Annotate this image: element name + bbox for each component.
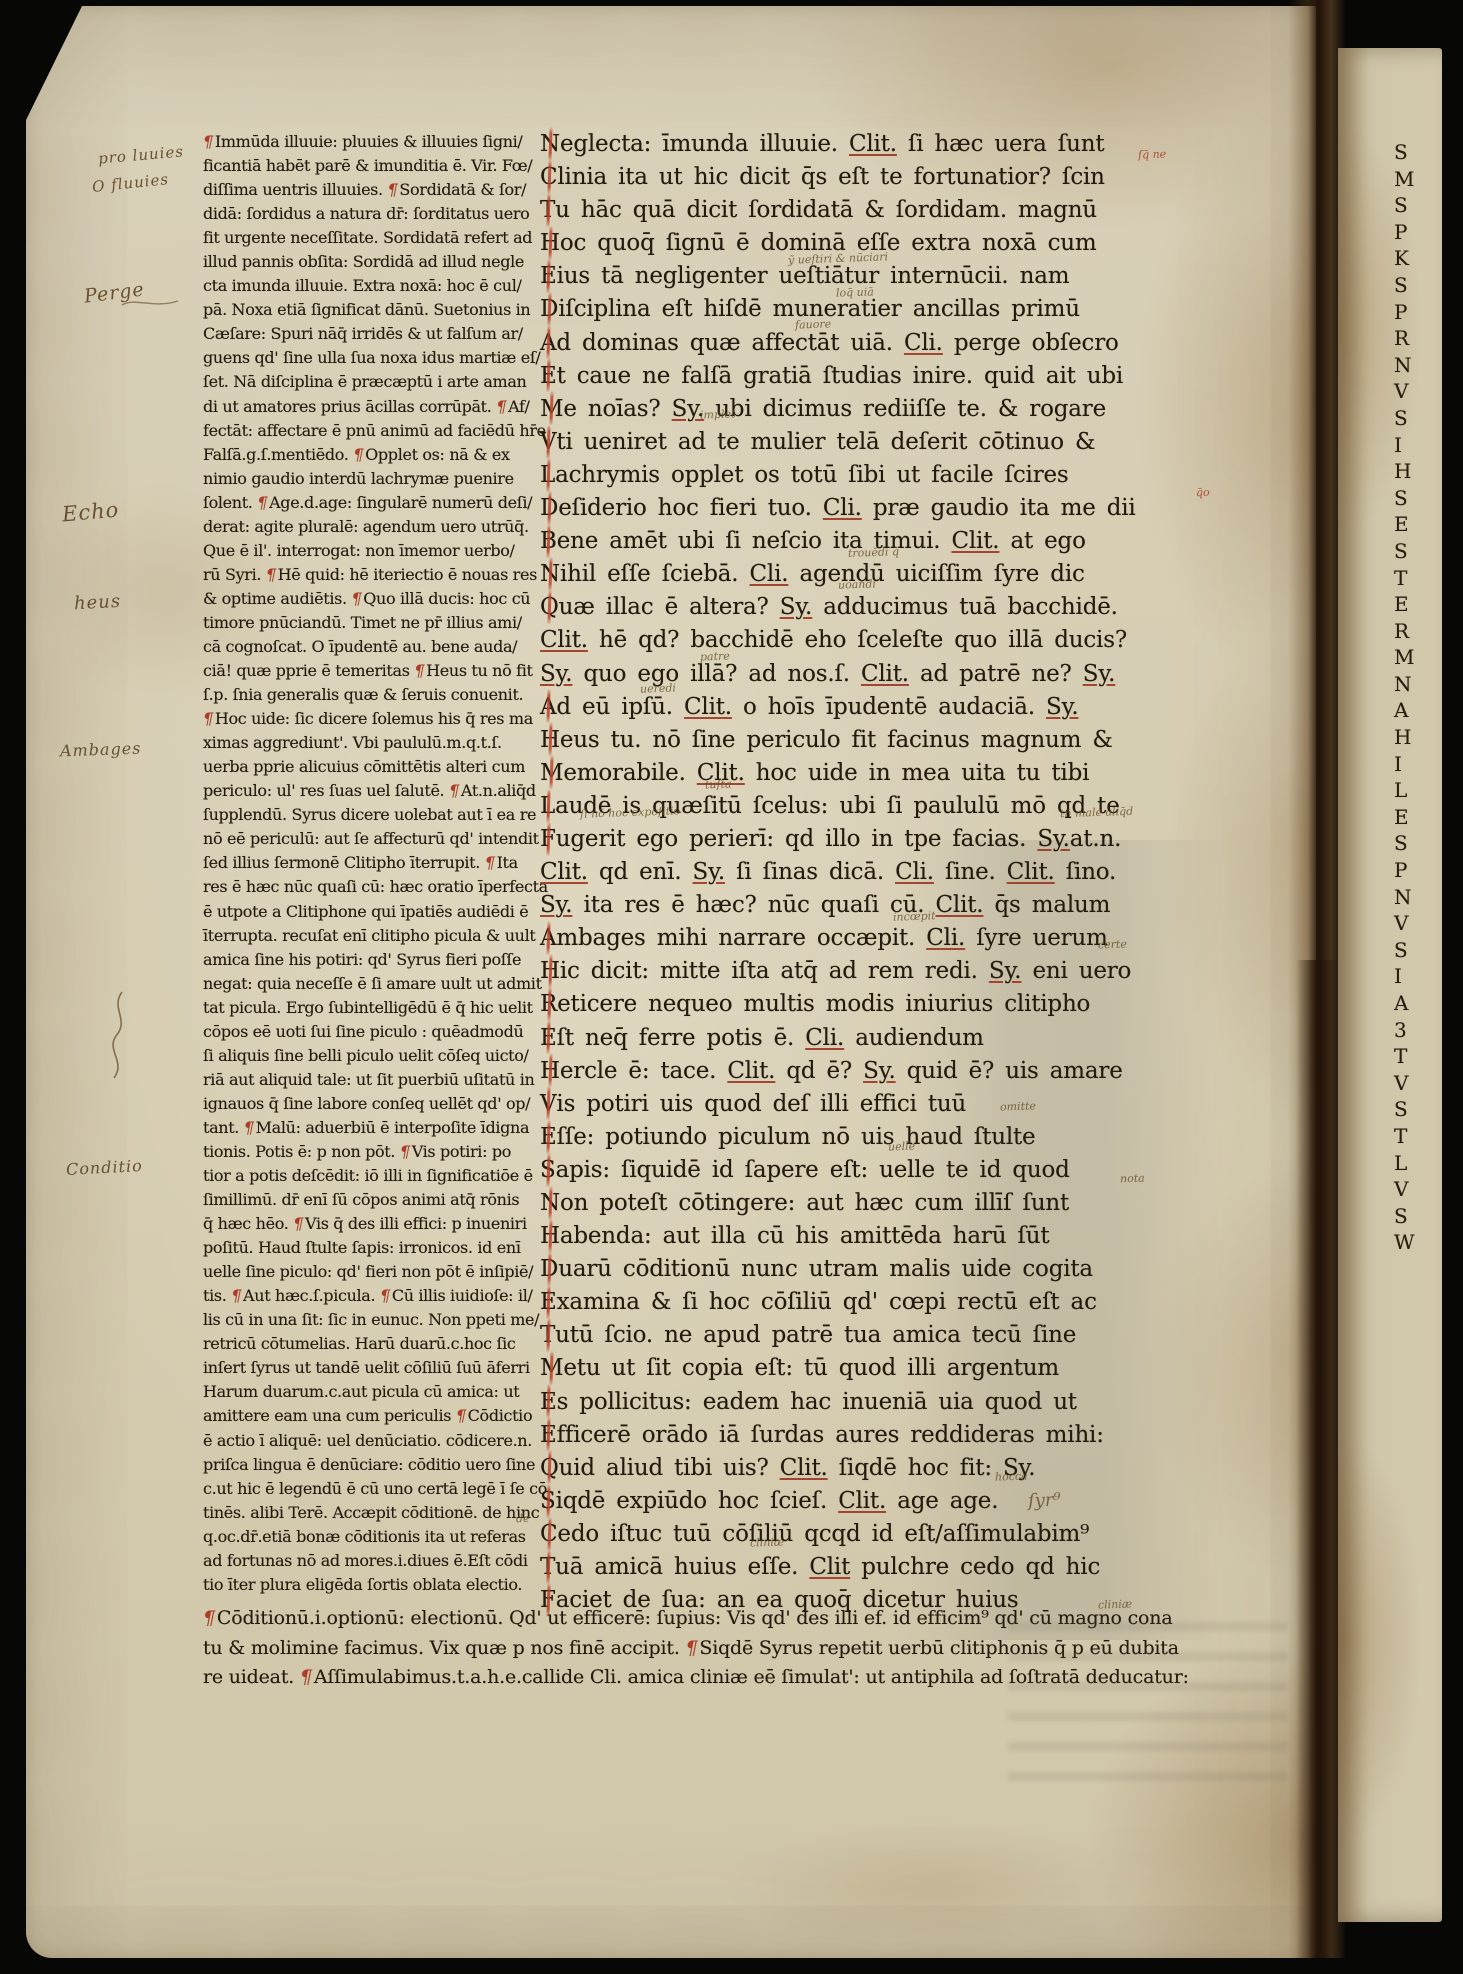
- facing-page-letter: P: [1394, 220, 1442, 247]
- interlinear-gloss: loq̄ uiā: [836, 285, 874, 299]
- speaker-abbrev: Clit.: [849, 131, 897, 157]
- facing-page-letter: S: [1394, 140, 1442, 167]
- text-line: riā aut aliquid tale: ut ſit puerbiū uſi…: [203, 1068, 543, 1092]
- text-line: res ē hæc nūc quaſi cū: hæc oratio īperf…: [203, 875, 543, 899]
- facing-page-letter: I: [1394, 752, 1442, 779]
- text-line: Sy. ita res ē hæc? nūc quaſi cū. Clit. q…: [540, 889, 1200, 922]
- interlinear-gloss: trouēdi q̄: [848, 545, 899, 560]
- margin-squiggle: [120, 295, 180, 311]
- rubricated-initial: V: [540, 426, 556, 459]
- red-paragraph-mark: ¶: [388, 180, 398, 199]
- red-paragraph-mark: ¶: [686, 1637, 698, 1659]
- text-line: Hic dicit: mitte iſta atq̄ ad rem redi. …: [540, 955, 1200, 988]
- facing-page-letter: W: [1394, 1230, 1442, 1257]
- text-line: ¶Immūda illuuie: pluuies & illuuies ſign…: [203, 130, 543, 154]
- interlinear-gloss: q̄o: [1196, 486, 1210, 499]
- speaker-abbrev: Cli.: [926, 925, 965, 951]
- text-line: Examina & ſi hoc cōſiliū qd' cœpi rectū …: [540, 1286, 1200, 1319]
- text-line: Siqdē expiūdo hoc ſcieſ. Clit. age age.: [540, 1485, 1200, 1518]
- rubricated-initial: Q: [540, 591, 559, 624]
- text-line: Clit. qd enī. Sy. ſi ſinas dicā. Cli. ſi…: [540, 856, 1200, 889]
- rubricated-initial: H: [540, 1055, 560, 1088]
- facing-page-letter: S: [1394, 831, 1442, 858]
- text-line: ſupplendū. Syrus dicere uolebat aut ī ea…: [203, 803, 543, 827]
- facing-page-letter: S: [1394, 406, 1442, 433]
- text-line: tis. ¶Aut hæc.ſ.picula. ¶Cū illis iuidio…: [203, 1284, 543, 1308]
- rubricated-initial: L: [540, 790, 555, 823]
- text-line: tio īter plura eligēda ſortis oblata ele…: [203, 1573, 543, 1597]
- text-line: Efficerē orādo iā ſurdas aures reddidera…: [540, 1419, 1200, 1452]
- text-line: Vti ueniret ad te mulier telā deſerit cō…: [540, 426, 1200, 459]
- rubricated-initial: M: [540, 1352, 563, 1385]
- red-paragraph-mark: ¶: [485, 853, 495, 872]
- speaker-abbrev: Sy.: [1037, 826, 1069, 852]
- interlinear-gloss: hocca: [995, 1469, 1028, 1483]
- red-paragraph-mark: ¶: [300, 1666, 312, 1688]
- facing-page-letter: A: [1394, 698, 1442, 725]
- facing-page-letter: H: [1394, 459, 1442, 486]
- interlinear-gloss: uoandi: [838, 577, 876, 591]
- rubricated-initial: F: [540, 823, 556, 856]
- rubricated-initial: R: [540, 988, 557, 1021]
- facing-page-letter: S: [1394, 1204, 1442, 1231]
- text-line: q̄ hæc hēo. ¶Vis q̄ des illi effici: p i…: [203, 1212, 543, 1236]
- handwritten-note: heus: [73, 591, 121, 614]
- text-line: Eſſe: potiundo piculum nō uis haud ſtult…: [540, 1121, 1200, 1154]
- text-line: nimio gaudio interdū lachrymæ puenire: [203, 467, 543, 491]
- handwritten-note: Conditio: [66, 1156, 144, 1179]
- text-line: fectāt: affectare ē pnū animū ad faciēdū…: [203, 419, 543, 443]
- red-paragraph-mark: ¶: [266, 565, 276, 584]
- text-line: ſet. Nā diſciplina ē præcæptū i arte ama…: [203, 370, 543, 394]
- facing-page-letter: L: [1394, 1151, 1442, 1178]
- facing-page-letter: V: [1394, 379, 1442, 406]
- facing-page-letter: T: [1394, 566, 1442, 593]
- red-paragraph-mark: ¶: [203, 709, 213, 728]
- rubricated-initial: H: [540, 724, 560, 757]
- rubricated-initial: A: [540, 922, 556, 955]
- interlinear-gloss: cliniæ: [750, 1535, 785, 1549]
- red-paragraph-mark: ¶: [257, 493, 267, 512]
- interlinear-gloss: nota: [1120, 1172, 1145, 1186]
- text-line: inſert ſyrus ut tandē uelit cōſiliū ſuū …: [203, 1356, 543, 1380]
- rubricated-initial: H: [540, 955, 560, 988]
- text-line: diſſima uentris illuuies. ¶Sordidatā & ſ…: [203, 178, 543, 202]
- text-line: Tu hāc quā dicit ſordidatā & ſordidam. m…: [540, 194, 1200, 227]
- text-line: didā: ſordidus a natura dr̄: ſorditatus …: [203, 202, 543, 226]
- interlinear-gloss: incœpit: [893, 909, 936, 923]
- text-line: tionis. Potis ē: p non pōt. ¶Vis potiri:…: [203, 1140, 543, 1164]
- rubricated-initial: E: [540, 1386, 557, 1419]
- text-line: timore pnūciandū. Timet ne pr̄ illius am…: [203, 611, 543, 635]
- rubricated-initial: A: [540, 327, 556, 360]
- text-line: illud pannis obſita: Sordidā ad illud ne…: [203, 250, 543, 274]
- speaker-abbrev: Sy.: [1083, 661, 1115, 687]
- red-paragraph-mark: ¶: [203, 1607, 215, 1629]
- text-line: Clinia ita ut hic dicit q̄s eſt te fortu…: [540, 161, 1200, 194]
- text-line: Sapis: ſiquidē id ſapere eſt: uelle te i…: [540, 1154, 1200, 1187]
- margin-squiggle: [104, 990, 134, 1080]
- red-paragraph-mark: ¶: [456, 1406, 466, 1425]
- text-line: ē utpote a Clitiphone qui īpatiēs audiēd…: [203, 900, 543, 924]
- speaker-abbrev: Clit.: [1007, 859, 1055, 885]
- text-line: rū Syri. ¶Hē quid: hē iteriectio ē nouas…: [203, 563, 543, 587]
- speaker-abbrev: Sy.: [989, 958, 1021, 984]
- text-line: periculo: ul' res ſuas uel ſalutē. ¶At.n…: [203, 779, 543, 803]
- handwritten-note: Ambages: [60, 739, 142, 761]
- text-line: cta imunda illuuie. Extra noxā: hoc ē cu…: [203, 274, 543, 298]
- interlinear-gloss: uelle: [888, 1140, 916, 1154]
- rubricated-initial: T: [540, 1551, 555, 1584]
- facing-page-letter: A: [1394, 991, 1442, 1018]
- text-line: Quid aliud tibi uis? Clit. ſiqdē hoc fit…: [540, 1452, 1200, 1485]
- facing-page-letter: I: [1394, 964, 1442, 991]
- red-paragraph-mark: ¶: [353, 445, 363, 464]
- rubricated-initial: H: [540, 227, 560, 260]
- text-line: fit urgente neceſſitate. Sordidatā refer…: [203, 226, 543, 250]
- speaker-abbrev: Sy.: [1046, 694, 1078, 720]
- speaker-abbrev: Cli.: [904, 330, 943, 356]
- text-line: īterrupta. recuſat enī clitipho picula &…: [203, 924, 543, 948]
- speaker-abbrev: Cli.: [823, 495, 862, 521]
- text-line: pā. Noxa etiā ſignificat dānū. Suetonius…: [203, 298, 543, 322]
- facing-page-letter: E: [1394, 805, 1442, 832]
- red-paragraph-mark: ¶: [293, 1214, 303, 1233]
- rubricated-initial: T: [540, 194, 555, 227]
- facing-page-letter: P: [1394, 858, 1442, 885]
- handwritten-note: Echo: [61, 498, 120, 527]
- rubricated-initial: E: [540, 1286, 557, 1319]
- text-line: Que ē il'. interrogat: non īmemor uerbo/: [203, 539, 543, 563]
- rubricated-initial: Q: [540, 1452, 559, 1485]
- rubricated-initial: N: [540, 558, 560, 591]
- text-line: amica ſine his potiri: qd' Syrus fieri p…: [203, 948, 543, 972]
- interlinear-gloss: implet: [700, 407, 736, 421]
- text-line: nō eē periculū: aut ſe affecturū qd' int…: [203, 827, 543, 851]
- text-line: Reticere nequeo multis modis iniurius cl…: [540, 988, 1200, 1021]
- rubricated-initial: M: [540, 393, 563, 426]
- text-line: Heus tu. nō ſine periculo fit facinus ma…: [540, 724, 1200, 757]
- rubricated-initial: N: [540, 1187, 560, 1220]
- text-line: ſ.p. ſnia generalis quæ & ſeruis conueni…: [203, 683, 543, 707]
- red-paragraph-mark: ¶: [380, 1286, 390, 1305]
- rubricated-initial: D: [540, 1253, 558, 1286]
- rubricated-initial: V: [540, 1088, 556, 1121]
- gutter-crease: [1296, 960, 1340, 1958]
- text-line: Cæſare: Spuri nāq̄ irridēs & ut falſum a…: [203, 322, 543, 346]
- text-line: ſi aliquis ſine belli piculo uelit cōſeq…: [203, 1044, 543, 1068]
- speaker-abbrev: Clit.: [951, 528, 999, 554]
- facing-page-letter: N: [1394, 885, 1442, 912]
- text-line: ciā! quæ pprie ē temeritas ¶Heus tu nō f…: [203, 659, 543, 683]
- speaker-abbrev: Cli.: [805, 1025, 844, 1051]
- interlinear-gloss: tuſta: [705, 778, 732, 792]
- facing-page-letter: P: [1394, 300, 1442, 327]
- text-line: ¶Hoc uide: ſic dicere ſolemus his q̄ res…: [203, 707, 543, 731]
- text-line: Quæ illac ē altera? Sy. adducimus tuā ba…: [540, 591, 1200, 624]
- red-paragraph-mark: ¶: [400, 1142, 410, 1161]
- facing-page-letter: S: [1394, 1097, 1442, 1124]
- text-line: ad fortunas nō ad mores.i.diues ē.Eſt cō…: [203, 1549, 543, 1573]
- speaker-abbrev: Sy.: [540, 892, 572, 918]
- facing-page-letter: V: [1394, 1177, 1442, 1204]
- interlinear-gloss: de: [516, 1512, 530, 1525]
- text-line: priſca lingua ē denūciare: cōditio uero …: [203, 1453, 543, 1477]
- text-line: Fugerit ego perierī: qd illo in tpe faci…: [540, 823, 1200, 856]
- red-paragraph-mark: ¶: [496, 397, 506, 416]
- text-line: ignauos q̄ ſine labore conſeq uellēt qd'…: [203, 1092, 543, 1116]
- text-line: cōpos eē uoti ſui ſine piculo : quēadmod…: [203, 1020, 543, 1044]
- text-line: Neglecta: īmunda illuuie. Clit. ſi hæc u…: [540, 128, 1200, 161]
- facing-page-letter: M: [1394, 167, 1442, 194]
- rubricated-initial: C: [540, 1518, 557, 1551]
- interlinear-gloss: certe: [1098, 938, 1127, 952]
- facing-page-letter: E: [1394, 512, 1442, 539]
- rubricated-initial: E: [540, 360, 557, 393]
- text-line: Harum duarum.c.aut picula cū amica: ut: [203, 1380, 543, 1404]
- text-line: guens qd' ſine ulla ſua noxa idus martiæ…: [203, 346, 543, 370]
- rubricated-initial: S: [540, 1485, 556, 1518]
- text-line: & optime audiētis. ¶Quo illā ducis: hoc …: [203, 587, 543, 611]
- text-line: ximas aggrediunt'. Vbi paululū.m.q.t.ſ.: [203, 731, 543, 755]
- facing-page-letter: S: [1394, 938, 1442, 965]
- speaker-abbrev: Clit.: [780, 1455, 828, 1481]
- facing-page-letter: T: [1394, 1044, 1442, 1071]
- text-line: Lachrymis opplet os totū ſibi ut facile …: [540, 459, 1200, 492]
- text-line: Falſā.g.ſ.mentiēdo. ¶Opplet os: nā & ex: [203, 443, 543, 467]
- text-line: ſed illius ſermonē Clitipho īterrupit. ¶…: [203, 851, 543, 875]
- left-commentary-column: ¶Immūda illuuie: pluuies & illuuies ſign…: [203, 130, 543, 1597]
- rubricated-initial: E: [540, 260, 557, 293]
- speaker-abbrev: Sy.: [780, 594, 812, 620]
- text-line: retricū cōtumelias. Harū duarū.c.hoc ſic: [203, 1332, 543, 1356]
- interlinear-gloss: ſyr⁹: [1028, 1489, 1061, 1511]
- red-paragraph-mark: ¶: [351, 589, 361, 608]
- text-line: Duarū cōditionū nunc utram malis uide co…: [540, 1253, 1200, 1286]
- facing-page-letter: I: [1394, 433, 1442, 460]
- text-line: tior a potis deſcēdit: iō illi in ſignif…: [203, 1164, 543, 1188]
- text-line: ſimillimū. dr̄ enī ſū cōpos animi atq̄ r…: [203, 1188, 543, 1212]
- rubricated-initial: E: [540, 1121, 557, 1154]
- speaker-abbrev: Clit.: [684, 694, 732, 720]
- text-line: di ut amatores prius ācillas corrūpāt. ¶…: [203, 395, 543, 419]
- text-line: tant. ¶Malū: aduerbiū ē interpoſite īdig…: [203, 1116, 543, 1140]
- text-line: Clit. hē qd? bacchidē eho ſceleſte quo i…: [540, 624, 1200, 657]
- rubricated-initial: E: [540, 1022, 557, 1055]
- rubricated-initial: E: [540, 1419, 557, 1452]
- rubricated-initial: L: [540, 459, 555, 492]
- interlinear-gloss: tn̄ male aliq̄d: [1060, 805, 1134, 821]
- text-line: Eſt neq̄ ferre potis ē. Cli. audiendum: [540, 1022, 1200, 1055]
- facing-page-letter: E: [1394, 592, 1442, 619]
- text-line: ē actio ī aliquē: uel denūciatio. cōdice…: [203, 1429, 543, 1453]
- rubricated-initial: M: [540, 757, 563, 790]
- facing-page-letter: V: [1394, 1071, 1442, 1098]
- facing-page-letter: S: [1394, 193, 1442, 220]
- facing-page-text-edge: SMSPKSPRNVSIHSESTERMNAHILESPNVSIA3TVSTLV…: [1394, 140, 1442, 1257]
- facing-page-letter: M: [1394, 645, 1442, 672]
- facing-page-letter: H: [1394, 725, 1442, 752]
- speaker-abbrev: Clit.: [838, 1488, 886, 1514]
- facing-page-letter: R: [1394, 326, 1442, 353]
- text-line: poſitū. Haud ſtulte ſapis: irronicos. id…: [203, 1236, 543, 1260]
- rubricated-initial: A: [540, 691, 556, 724]
- speaker-abbrev: Clit.: [936, 892, 984, 918]
- text-line: Habenda: aut illa cū his amittēda harū ſ…: [540, 1220, 1200, 1253]
- text-line: Me noīas? Sy. ubi dicimus rediiſſe te. &…: [540, 393, 1200, 426]
- text-line: derat: agite pluralē: agendum uero utrūq…: [203, 515, 543, 539]
- interlinear-gloss: cliniæ: [1098, 1597, 1133, 1611]
- text-line: Metu ut ſit copia eſt: tū quod illi arge…: [540, 1352, 1200, 1385]
- facing-page-letter: N: [1394, 353, 1442, 380]
- red-paragraph-mark: ¶: [244, 1118, 254, 1137]
- text-line: cā cognoſcat. O īpudentē au. bene auda/: [203, 635, 543, 659]
- speaker-abbrev: Clit: [809, 1554, 850, 1580]
- interlinear-gloss: omitte: [1000, 1099, 1036, 1113]
- speaker-abbrev: Cli.: [895, 859, 934, 885]
- rubricated-initial: D: [540, 293, 558, 326]
- rubricated-initial: S: [540, 1154, 556, 1187]
- text-line: c.ut hic ē legendū ē cū uno certā legē ī…: [203, 1477, 543, 1501]
- speaker-abbrev: Clit.: [540, 859, 588, 885]
- verse-column: Neglecta: īmunda illuuie. Clit. ſi hæc u…: [540, 128, 1200, 1617]
- text-line: Memorabile. Clit. hoc uide in mea uita t…: [540, 757, 1200, 790]
- text-line: Hercle ē: tace. Clit. qd ē? Sy. quid ē? …: [540, 1055, 1200, 1088]
- text-line: ficantiā habēt parē & imunditia ē. Vir. …: [203, 154, 543, 178]
- text-line: lis cū in una ſit: ſic in eunuc. Non ppe…: [203, 1308, 543, 1332]
- text-line: Et caue ne falſā gratiā ſtudias inire. q…: [540, 360, 1200, 393]
- speaker-abbrev: Sy.: [540, 661, 572, 687]
- red-paragraph-mark: ¶: [414, 661, 424, 680]
- stain-overlay: [720, 1820, 1140, 1950]
- text-line: Non poteſt cōtingere: aut hæc cum illīſ …: [540, 1187, 1200, 1220]
- facing-page-letter: 3: [1394, 1018, 1442, 1045]
- facing-page-letter: T: [1394, 1124, 1442, 1151]
- text-line: Ad dominas quæ affectāt uiā. Cli. perge …: [540, 327, 1200, 360]
- red-paragraph-mark: ¶: [231, 1286, 241, 1305]
- interlinear-gloss: patre: [700, 649, 730, 663]
- rubricated-initial: D: [540, 492, 558, 525]
- text-line: tat picula. Ergo ſubintelligēdū ē q̄ hic…: [203, 996, 543, 1020]
- text-line: tinēs. alibi Terē. Accæpit cōditionē. de…: [203, 1501, 543, 1525]
- text-line: Vis potiri uis quod deſ illi effici tuū: [540, 1088, 1200, 1121]
- speaker-abbrev: Sy.: [693, 859, 725, 885]
- interlinear-gloss: ſq̄ ne: [1138, 148, 1167, 162]
- text-line: Deſiderio hoc fieri tuo. Cli. præ gaudio…: [540, 492, 1200, 525]
- rubricated-initial: C: [540, 161, 557, 194]
- speaker-abbrev: Clit.: [540, 627, 588, 653]
- text-line: ſolent. ¶Age.d.age: ſingularē numerū deſ…: [203, 491, 543, 515]
- text-line: amittere eam una cum periculis ¶Cōdictio: [203, 1404, 543, 1428]
- text-line: Tutū ſcio. ne apud patrē tua amica tecū …: [540, 1319, 1200, 1352]
- speaker-abbrev: Clit.: [727, 1058, 775, 1084]
- speaker-abbrev: Cli.: [750, 561, 789, 587]
- interlinear-gloss: fauore: [795, 317, 832, 331]
- facing-page-letter: S: [1394, 539, 1442, 566]
- ink-bleedthrough: [1008, 1622, 1288, 1792]
- red-paragraph-mark: ¶: [203, 132, 213, 151]
- text-line: Es pollicitus: eadem hac inueniā uia quo…: [540, 1386, 1200, 1419]
- speaker-abbrev: Clit.: [861, 661, 909, 687]
- text-line: negat: quia neceſſe ē ſi amare uult ut a…: [203, 972, 543, 996]
- facing-page-letter: L: [1394, 778, 1442, 805]
- facing-page-letter: V: [1394, 911, 1442, 938]
- facing-page-letter: N: [1394, 672, 1442, 699]
- rubricated-initial: T: [540, 1319, 555, 1352]
- text-line: q.oc.dr̄.etiā bonæ cōditionis ita ut ref…: [203, 1525, 543, 1549]
- facing-page-letter: S: [1394, 486, 1442, 513]
- rubricated-initial: N: [540, 128, 560, 161]
- facing-page-letter: K: [1394, 246, 1442, 273]
- text-line: Tuā amicā huius eſſe. Clit pulchre cedo …: [540, 1551, 1200, 1584]
- facing-page-letter: S: [1394, 273, 1442, 300]
- text-line: Ad eū ipſū. Clit. o hoīs īpudentē audaci…: [540, 691, 1200, 724]
- text-line: Cedo iſtuc tuū cōſiliū qcqd id eſt/aſſim…: [540, 1518, 1200, 1551]
- rubricated-initial: H: [540, 1220, 560, 1253]
- facing-page-letter: R: [1394, 619, 1442, 646]
- text-line: uerba pprie alicuius cōmittētis alteri c…: [203, 755, 543, 779]
- speaker-abbrev: Sy.: [863, 1058, 895, 1084]
- interlinear-gloss: ueredi: [640, 681, 676, 695]
- rubricated-initial: B: [540, 525, 557, 558]
- text-line: uelle ſine piculo: qd' fieri non pōt ē i…: [203, 1260, 543, 1284]
- red-paragraph-mark: ¶: [449, 781, 459, 800]
